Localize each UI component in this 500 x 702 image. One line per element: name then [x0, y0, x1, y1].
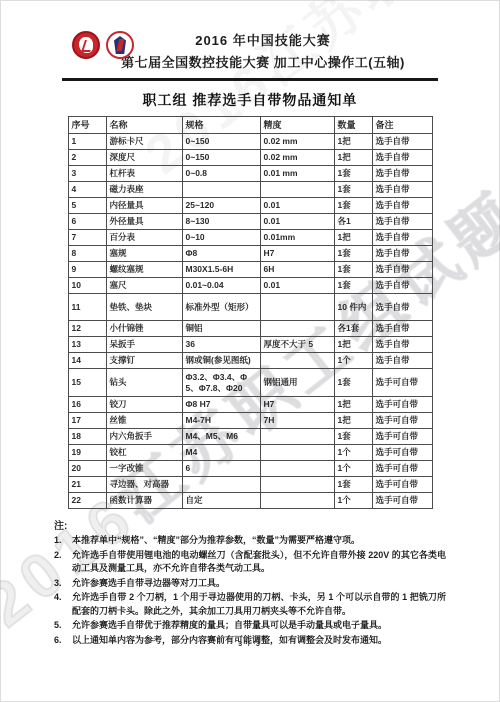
table-cell: 铰杠	[106, 445, 182, 461]
table-cell: 2	[68, 150, 106, 166]
table-cell: 9	[68, 262, 106, 278]
table-cell: 丝锥	[106, 413, 182, 429]
table-cell: 0.01	[260, 198, 334, 214]
table-cell: Φ3.2、Φ3.4、Φ5、Φ7.8、Φ20	[182, 369, 260, 397]
note-item: 2.允许选手自带使用锂电池的电动螺丝刀（含配套批头），但不允许自带外接 220V…	[54, 549, 446, 576]
table-cell: 磁力表座	[106, 182, 182, 198]
table-cell: 选手自带	[372, 294, 432, 321]
note-number: 2.	[54, 549, 72, 576]
column-header: 精度	[260, 117, 334, 134]
column-header: 名称	[106, 117, 182, 134]
table-cell: 12	[68, 321, 106, 337]
table-cell: 各1套	[334, 321, 372, 337]
table-cell: 0~150	[182, 150, 260, 166]
table-cell: 选手自带	[372, 337, 432, 353]
table-cell: 7H	[260, 413, 334, 429]
table-cell: M4	[182, 445, 260, 461]
page-title: 职工组 推荐选手自带物品通知单	[0, 90, 500, 110]
table-cell: 1	[68, 134, 106, 150]
note-item: 1.本推荐单中“规格”、“精度”部分为推荐参数，“数量”为需要严格遵守项。	[54, 534, 446, 548]
table-cell	[260, 321, 334, 337]
note-text: 允许参赛选手自带寻边器等对刀工具。	[72, 577, 446, 591]
table-row: 8塞规Φ8H71套选手自带	[68, 246, 432, 262]
table-cell: 选手可自带	[372, 397, 432, 413]
note-text: 允许选手自带 2 个刀柄，1 个用于寻边器使用的刀柄、卡头，另 1 个可以示自带…	[72, 591, 446, 618]
table-cell: 杠杆表	[106, 166, 182, 182]
table-cell: 1个	[334, 461, 372, 477]
table-cell: 垫铁、垫块	[106, 294, 182, 321]
table-cell: 1把	[334, 337, 372, 353]
table-row: 13呆扳手36厚度不大于 51把选手自带	[68, 337, 432, 353]
table-cell: 1把	[334, 413, 372, 429]
table-cell: 寻边器、对高器	[106, 477, 182, 493]
table-cell: 1把	[334, 230, 372, 246]
table-row: 11垫铁、垫块标准外型（矩形）10 件内选手自带	[68, 294, 432, 321]
table-row: 3杠杆表0~0.80.01 mm1套选手自带	[68, 166, 432, 182]
table-cell: 选手可自带	[372, 445, 432, 461]
table-cell: 游标卡尺	[106, 134, 182, 150]
table-cell: 1个	[334, 353, 372, 369]
table-cell: 铰刀	[106, 397, 182, 413]
table-cell: 选手自带	[372, 166, 432, 182]
table-row: 22函数计算器自定1个选手可自带	[68, 493, 432, 509]
table-row: 17丝锥M4-7H7H1把选手可自带	[68, 413, 432, 429]
table-cell: 6	[182, 461, 260, 477]
table-row: 4磁力表座1套选手自带	[68, 182, 432, 198]
document-page: 2016江苏职工组试题 2016江苏职工组试题 2016 年中国技能大赛 第七届…	[0, 0, 500, 702]
table-cell: 函数计算器	[106, 493, 182, 509]
table-cell: 1套	[334, 278, 372, 294]
table-cell: 17	[68, 413, 106, 429]
table-cell: 自定	[182, 493, 260, 509]
table-cell: 选手可自带	[372, 493, 432, 509]
table-cell: 14	[68, 353, 106, 369]
table-cell: 16	[68, 397, 106, 413]
table-cell: 内六角扳手	[106, 429, 182, 445]
table-cell: 0.01~0.04	[182, 278, 260, 294]
table-row: 2深度尺0~1500.02 mm1把选手自带	[68, 150, 432, 166]
table-cell: 0.01mm	[260, 230, 334, 246]
note-text: 允许参赛选手自带优于推荐精度的量具；自带量具可以是手动量具或电子量具。	[72, 619, 446, 633]
table-header: 序号名称规格精度数量备注	[68, 117, 432, 134]
table-cell: 选手可自带	[372, 429, 432, 445]
table-row: 9螺纹塞规M30X1.5-6H6H1套选手自带	[68, 262, 432, 278]
table-cell: 外径量具	[106, 214, 182, 230]
note-item: 3.允许参赛选手自带寻边器等对刀工具。	[54, 577, 446, 591]
table-cell: 选手可自带	[372, 461, 432, 477]
table-cell: M4、M5、M6	[182, 429, 260, 445]
table-cell: 1个	[334, 445, 372, 461]
table-cell: 0.01	[260, 214, 334, 230]
table-cell: 6H	[260, 262, 334, 278]
table-cell: 钢或铜(参见图纸)	[182, 353, 260, 369]
table-cell: 一字改锥	[106, 461, 182, 477]
table-cell: 1把	[334, 397, 372, 413]
table-cell	[260, 461, 334, 477]
table-cell: 1套	[334, 262, 372, 278]
table-cell: 3	[68, 166, 106, 182]
table-row: 7百分表0~100.01mm1把选手自带	[68, 230, 432, 246]
table-cell	[260, 477, 334, 493]
table-row: 14支撑钉钢或铜(参见图纸)1个选手自带	[68, 353, 432, 369]
table-cell: M30X1.5-6H	[182, 262, 260, 278]
table-header-row: 序号名称规格精度数量备注	[68, 117, 432, 134]
table-cell: 4	[68, 182, 106, 198]
table-cell: 铜铝	[182, 321, 260, 337]
table-cell: 0.01	[260, 278, 334, 294]
notes-label: 注:	[54, 517, 446, 532]
table-cell: M4-7H	[182, 413, 260, 429]
table-cell: 选手自带	[372, 182, 432, 198]
table-cell	[260, 429, 334, 445]
table-cell	[182, 477, 260, 493]
table-cell: 36	[182, 337, 260, 353]
table-cell: 15	[68, 369, 106, 397]
table-cell: 选手自带	[372, 353, 432, 369]
table-cell: 5	[68, 198, 106, 214]
table-cell: 1套	[334, 246, 372, 262]
table-cell: 选手自带	[372, 214, 432, 230]
table-cell: 选手自带	[372, 134, 432, 150]
items-table: 序号名称规格精度数量备注 1游标卡尺0~1500.02 mm1把选手自带2深度尺…	[68, 116, 433, 509]
table-cell	[260, 353, 334, 369]
table-cell: 厚度不大于 5	[260, 337, 334, 353]
table-cell: 呆扳手	[106, 337, 182, 353]
table-row: 19铰杠M41个选手可自带	[68, 445, 432, 461]
table-cell	[260, 294, 334, 321]
logo-group	[72, 31, 134, 59]
table-cell: 1套	[334, 198, 372, 214]
table-cell: 8~130	[182, 214, 260, 230]
page-number: 3 / 3	[0, 641, 500, 648]
table-cell: 标准外型（矩形）	[182, 294, 260, 321]
table-cell	[260, 445, 334, 461]
table-cell: 百分表	[106, 230, 182, 246]
document-header: 2016 年中国技能大赛 第七届全国数控技能大赛 加工中心操作工(五轴)	[0, 0, 500, 81]
table-cell: 13	[68, 337, 106, 353]
notes-section: 注: 1.本推荐单中“规格”、“精度”部分为推荐参数，“数量”为需要严格遵守项。…	[54, 517, 446, 647]
table-cell: H7	[260, 246, 334, 262]
table-cell: 18	[68, 429, 106, 445]
table-cell: 0.01 mm	[260, 166, 334, 182]
table-cell: 选手自带	[372, 246, 432, 262]
table-cell	[182, 182, 260, 198]
table-cell: 1套	[334, 369, 372, 397]
table-row: 16铰刀Φ8 H7H71把选手可自带	[68, 397, 432, 413]
note-text: 允许选手自带使用锂电池的电动螺丝刀（含配套批头），但不允许自带外接 220V 的…	[72, 549, 446, 576]
table-row: 15钻头Φ3.2、Φ3.4、Φ5、Φ7.8、Φ20钢铝通用1套选手可自带	[68, 369, 432, 397]
table-cell: H7	[260, 397, 334, 413]
table-cell: 1个	[334, 493, 372, 509]
table-cell: 1套	[334, 429, 372, 445]
table-cell: 钻头	[106, 369, 182, 397]
table-cell: 选手可自带	[372, 477, 432, 493]
table-cell: 1套	[334, 477, 372, 493]
note-number: 3.	[54, 577, 72, 591]
table-cell: 0~10	[182, 230, 260, 246]
cnc-competition-logo-icon	[106, 31, 134, 59]
table-cell: 25~120	[182, 198, 260, 214]
notes-list: 1.本推荐单中“规格”、“精度”部分为推荐参数，“数量”为需要严格遵守项。2.允…	[54, 534, 446, 647]
table-row: 12小什锦锉铜铝各1套选手自带	[68, 321, 432, 337]
table-cell: 0~150	[182, 134, 260, 150]
table-row: 18内六角扳手M4、M5、M61套选手可自带	[68, 429, 432, 445]
table-cell: 6	[68, 214, 106, 230]
table-cell: 8	[68, 246, 106, 262]
table-cell: 深度尺	[106, 150, 182, 166]
table-cell: 选手自带	[372, 321, 432, 337]
table-cell: 1把	[334, 134, 372, 150]
table-cell: Φ8	[182, 246, 260, 262]
table-cell: 19	[68, 445, 106, 461]
header-divider	[62, 78, 438, 81]
table-cell: 1套	[334, 166, 372, 182]
table-cell: 0.02 mm	[260, 134, 334, 150]
table-cell: 各1	[334, 214, 372, 230]
table-row: 5内径量具25~1200.011套选手自带	[68, 198, 432, 214]
table-cell: 内径量具	[106, 198, 182, 214]
table-cell: 选手自带	[372, 278, 432, 294]
table-cell: 螺纹塞规	[106, 262, 182, 278]
note-item: 4.允许选手自带 2 个刀柄，1 个用于寻边器使用的刀柄、卡头，另 1 个可以示…	[54, 591, 446, 618]
table-row: 1游标卡尺0~1500.02 mm1把选手自带	[68, 134, 432, 150]
table-body: 1游标卡尺0~1500.02 mm1把选手自带2深度尺0~1500.02 mm1…	[68, 134, 432, 509]
column-header: 规格	[182, 117, 260, 134]
table-cell: 钢铝通用	[260, 369, 334, 397]
table-cell: 塞规	[106, 246, 182, 262]
table-cell: 选手可自带	[372, 369, 432, 397]
table-row: 21寻边器、对高器1套选手可自带	[68, 477, 432, 493]
table-cell: 20	[68, 461, 106, 477]
table-cell: 11	[68, 294, 106, 321]
table-cell	[260, 182, 334, 198]
note-item: 5.允许参赛选手自带优于推荐精度的量具；自带量具可以是手动量具或电子量具。	[54, 619, 446, 633]
table-cell: 1把	[334, 150, 372, 166]
table-cell: 选手自带	[372, 262, 432, 278]
table-row: 20一字改锥61个选手可自带	[68, 461, 432, 477]
table-cell: 0.02 mm	[260, 150, 334, 166]
table-cell: 塞尺	[106, 278, 182, 294]
column-header: 序号	[68, 117, 106, 134]
table-cell: 10 件内	[334, 294, 372, 321]
table-cell: 选手可自带	[372, 413, 432, 429]
table-cell: 选手自带	[372, 150, 432, 166]
table-cell: 10	[68, 278, 106, 294]
table-cell: 7	[68, 230, 106, 246]
table-cell: 小什锦锉	[106, 321, 182, 337]
note-number: 4.	[54, 591, 72, 618]
table-cell: 22	[68, 493, 106, 509]
table-cell: 选手自带	[372, 230, 432, 246]
table-cell: 21	[68, 477, 106, 493]
table-cell	[260, 493, 334, 509]
table-cell: Φ8 H7	[182, 397, 260, 413]
table-cell: 选手自带	[372, 198, 432, 214]
column-header: 备注	[372, 117, 432, 134]
table-cell: 1套	[334, 182, 372, 198]
table-cell: 支撑钉	[106, 353, 182, 369]
table-row: 6外径量具8~1300.01各1选手自带	[68, 214, 432, 230]
note-number: 1.	[54, 534, 72, 548]
note-text: 本推荐单中“规格”、“精度”部分为推荐参数，“数量”为需要严格遵守项。	[72, 534, 446, 548]
table-row: 10塞尺0.01~0.040.011套选手自带	[68, 278, 432, 294]
china-skills-competition-logo-icon	[72, 31, 100, 59]
note-number: 5.	[54, 619, 72, 633]
table-cell: 0~0.8	[182, 166, 260, 182]
column-header: 数量	[334, 117, 372, 134]
